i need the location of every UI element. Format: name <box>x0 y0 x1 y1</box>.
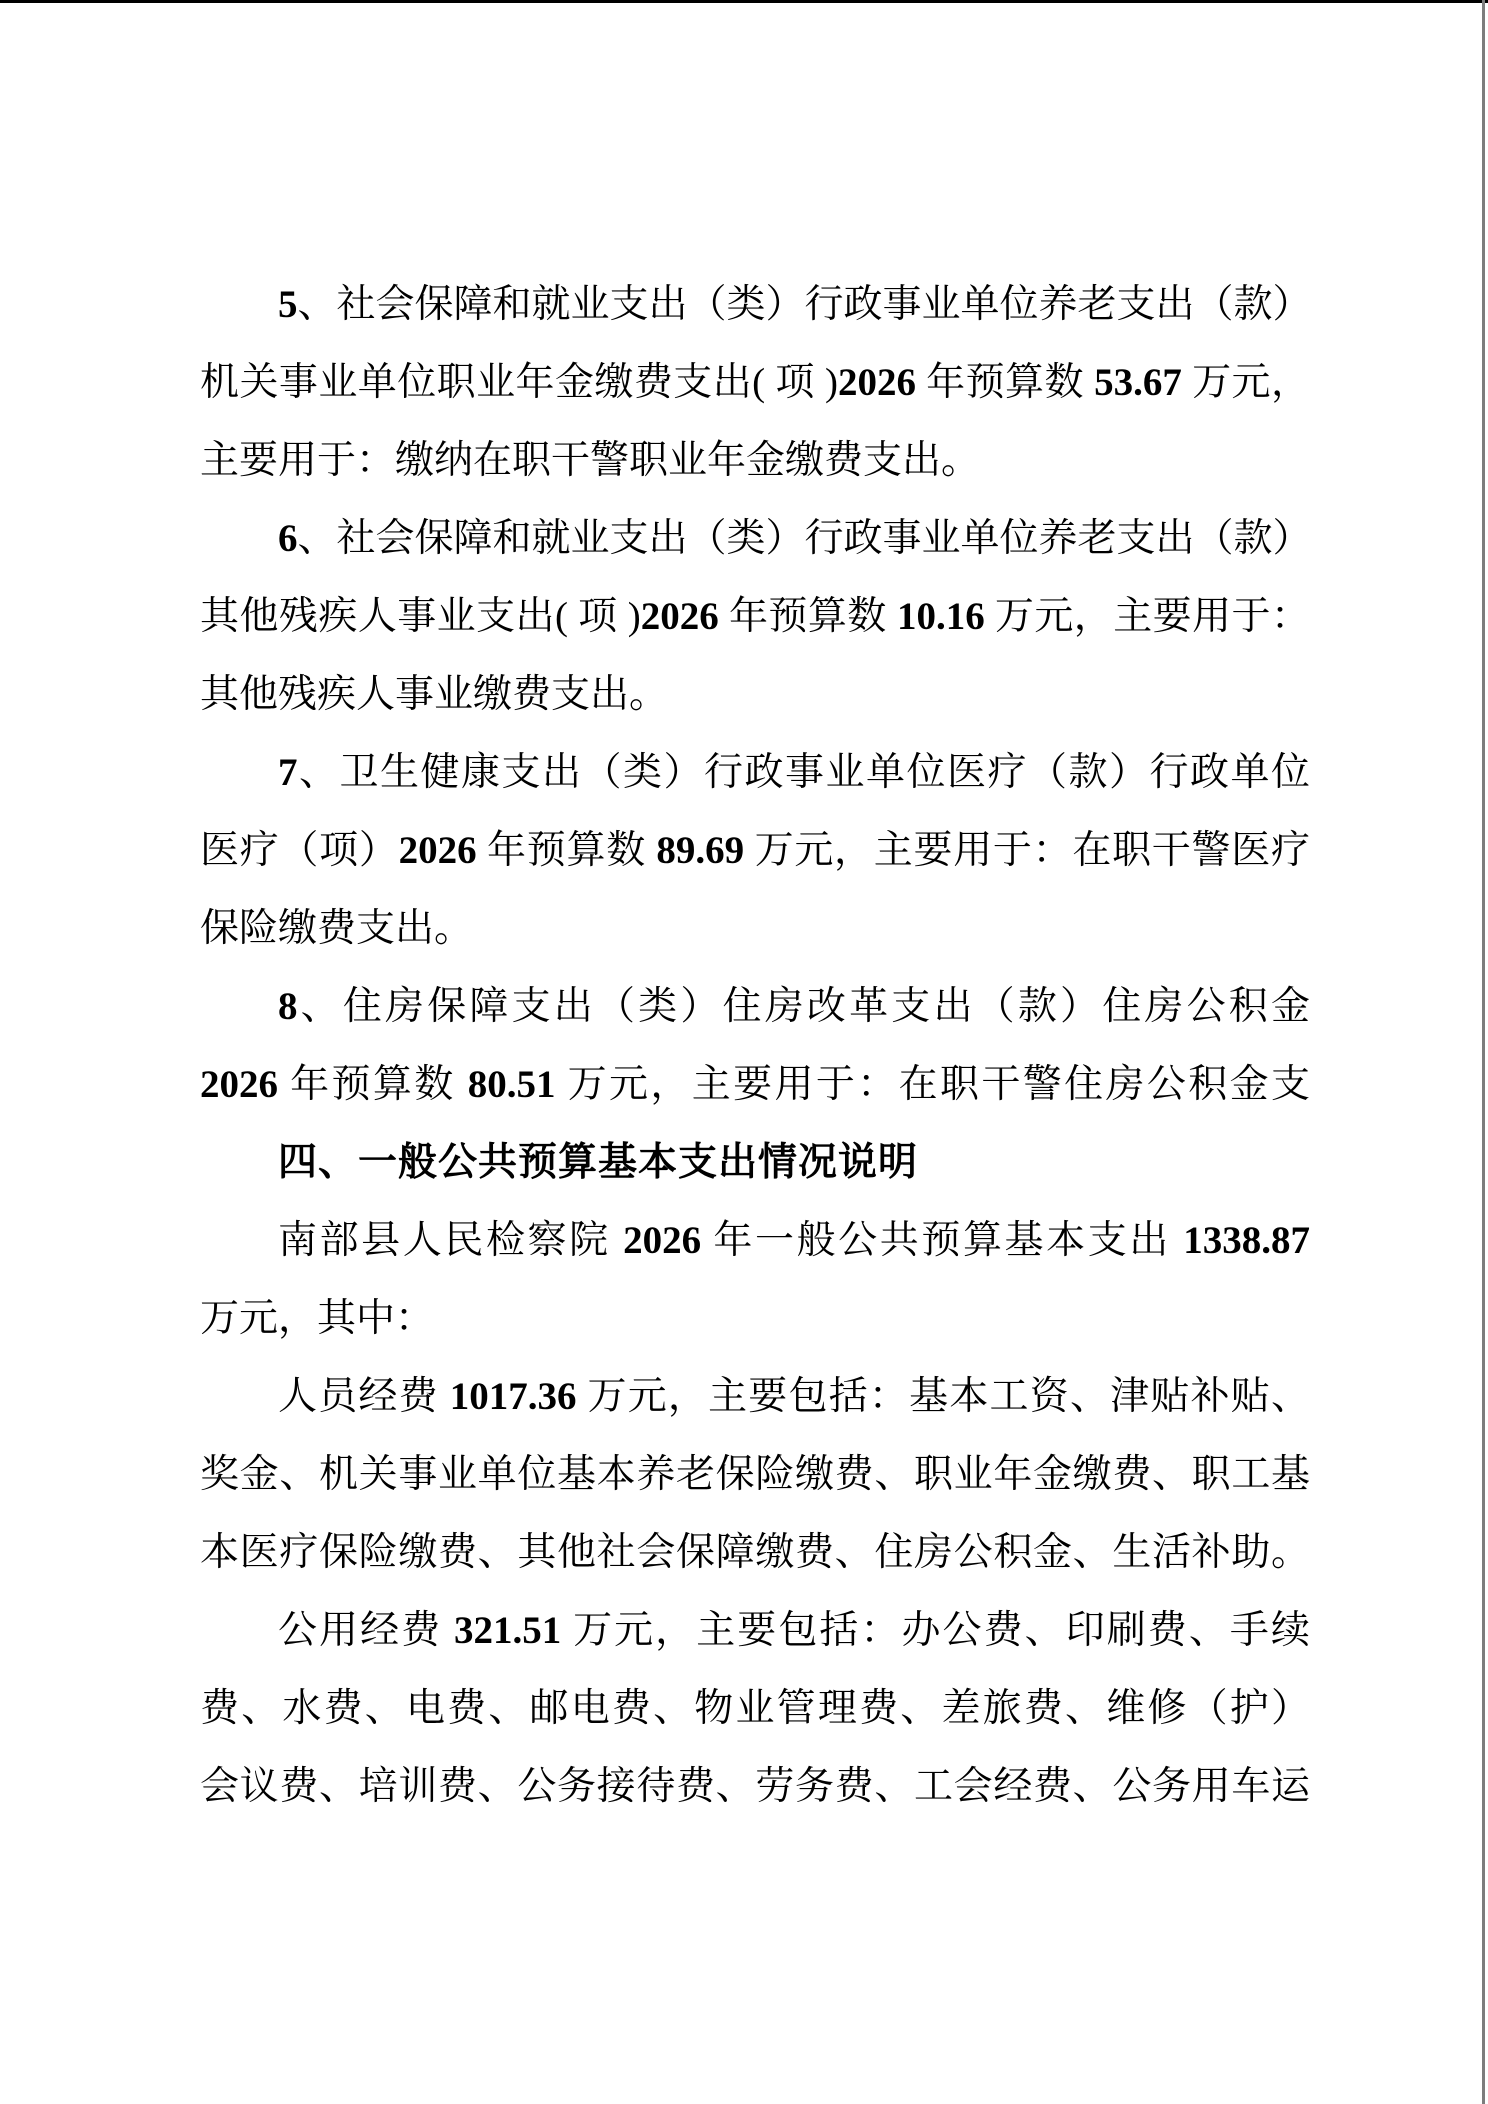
text-line: 南部县人民检察院 2026 年一般公共预算基本支出 1338.87 <box>200 1202 1310 1280</box>
text-line: 人员经费 1017.36 万元，主要包括：基本工资、津贴补贴、 <box>200 1358 1310 1436</box>
text-line: 会议费、培训费、公务接待费、劳务费、工会经费、公务用车运 <box>200 1748 1310 1826</box>
text-run: 万元，主要包括：办公费、印刷费、手续 <box>561 1609 1310 1652</box>
text-run: 7 <box>278 751 298 794</box>
text-run: 其他残疾人事业缴费支出。 <box>200 673 668 716</box>
text-line: 奖金、机关事业单位基本养老保险缴费、职业年金缴费、职工基 <box>200 1436 1310 1514</box>
document-page: 5、社会保障和就业支出（类）行政事业单位养老支出（款）机关事业单位职业年金缴费支… <box>0 0 1488 2104</box>
text-run: 公用经费 <box>278 1609 454 1652</box>
text-run: 89.69 <box>656 829 744 872</box>
page-top-edge-line <box>0 0 1488 3</box>
text-run: 、社会保障和就业支出（类）行政事业单位养老支出（款） <box>298 517 1311 560</box>
text-run: 主要用于：缴纳在职干警职业年金缴费支出。 <box>200 439 980 482</box>
text-run: 南部县人民检察院 <box>278 1219 623 1262</box>
text-run: 、住房保障支出（类）住房改革支出（款）住房公积金（项） <box>200 985 1310 1046</box>
text-run: 53.67 <box>1094 361 1182 404</box>
text-run: 321.51 <box>454 1609 561 1652</box>
text-run: 机关事业单位职业年金缴费支出( 项 ) <box>200 361 838 404</box>
text-run: 万元，其中： <box>200 1297 434 1340</box>
text-line: 公用经费 321.51 万元，主要包括：办公费、印刷费、手续 <box>200 1592 1310 1670</box>
text-run: 、社会保障和就业支出（类）行政事业单位养老支出（款） <box>298 283 1311 326</box>
text-run: 2026 <box>200 1063 278 1106</box>
text-line: 万元，其中： <box>200 1280 1310 1358</box>
text-run: 年预算数 <box>278 1063 468 1106</box>
text-line: 5、社会保障和就业支出（类）行政事业单位养老支出（款） <box>200 266 1310 344</box>
text-run: 年预算数 <box>477 829 657 872</box>
text-run: 8 <box>278 985 298 1028</box>
text-run: 年一般公共预算基本支出 <box>701 1219 1183 1262</box>
text-line: 保险缴费支出。 <box>200 890 1310 968</box>
document-body: 5、社会保障和就业支出（类）行政事业单位养老支出（款）机关事业单位职业年金缴费支… <box>200 266 1310 1826</box>
text-line: 费、水费、电费、邮电费、物业管理费、差旅费、维修（护）费、 <box>200 1670 1310 1748</box>
text-run: 6 <box>278 517 298 560</box>
text-run: 万元，主要用于：在职干警医疗 <box>744 829 1310 872</box>
page-right-edge-line <box>1482 0 1485 2104</box>
text-run: 80.51 <box>468 1063 556 1106</box>
text-run: 费、水费、电费、邮电费、物业管理费、差旅费、维修（护）费、 <box>200 1687 1310 1748</box>
text-line: 主要用于：缴纳在职干警职业年金缴费支出。 <box>200 422 1310 500</box>
text-run: 、卫生健康支出（类）行政事业单位医疗（款）行政单位 <box>298 751 1311 794</box>
text-line: 其他残疾人事业缴费支出。 <box>200 656 1310 734</box>
text-run: 会议费、培训费、公务接待费、劳务费、工会经费、公务用车运 <box>200 1765 1310 1808</box>
text-line: 6、社会保障和就业支出（类）行政事业单位养老支出（款） <box>200 500 1310 578</box>
text-line: 本医疗保险缴费、其他社会保障缴费、住房公积金、生活补助。 <box>200 1514 1310 1592</box>
text-line: 2026 年预算数 80.51 万元，主要用于：在职干警住房公积金支出。 <box>200 1046 1310 1124</box>
text-line: 8、住房保障支出（类）住房改革支出（款）住房公积金（项） <box>200 968 1310 1046</box>
text-run: 人员经费 <box>278 1375 450 1418</box>
text-run: 2026 <box>623 1219 701 1262</box>
text-run: 医疗（项） <box>200 829 399 872</box>
text-run: 四、一般公共预算基本支出情况说明 <box>278 1141 918 1184</box>
text-run: 万元， <box>1182 361 1310 404</box>
text-run: 2026 <box>838 361 916 404</box>
text-line: 机关事业单位职业年金缴费支出( 项 )2026 年预算数 53.67 万元， <box>200 344 1310 422</box>
text-run: 保险缴费支出。 <box>200 907 473 950</box>
text-run: 奖金、机关事业单位基本养老保险缴费、职业年金缴费、职工基 <box>200 1453 1310 1496</box>
text-run: 万元，主要包括：基本工资、津贴补贴、 <box>577 1375 1310 1418</box>
text-run: 1338.87 <box>1183 1219 1310 1262</box>
text-line: 医疗（项）2026 年预算数 89.69 万元，主要用于：在职干警医疗 <box>200 812 1310 890</box>
text-run: 本医疗保险缴费、其他社会保障缴费、住房公积金、生活补助。 <box>200 1531 1310 1574</box>
text-run: 2026 <box>641 595 719 638</box>
text-run: 1017.36 <box>450 1375 577 1418</box>
text-line: 其他残疾人事业支出( 项 )2026 年预算数 10.16 万元，主要用于： <box>200 578 1310 656</box>
text-run: 其他残疾人事业支出( 项 ) <box>200 595 641 638</box>
text-line: 7、卫生健康支出（类）行政事业单位医疗（款）行政单位 <box>200 734 1310 812</box>
text-run: 2026 <box>399 829 477 872</box>
text-run: 万元，主要用于： <box>985 595 1310 638</box>
text-run: 5 <box>278 283 298 326</box>
section-heading: 四、一般公共预算基本支出情况说明 <box>200 1124 1310 1202</box>
text-run: 年预算数 <box>916 361 1094 404</box>
text-run: 10.16 <box>897 595 985 638</box>
text-run: 年预算数 <box>719 595 897 638</box>
